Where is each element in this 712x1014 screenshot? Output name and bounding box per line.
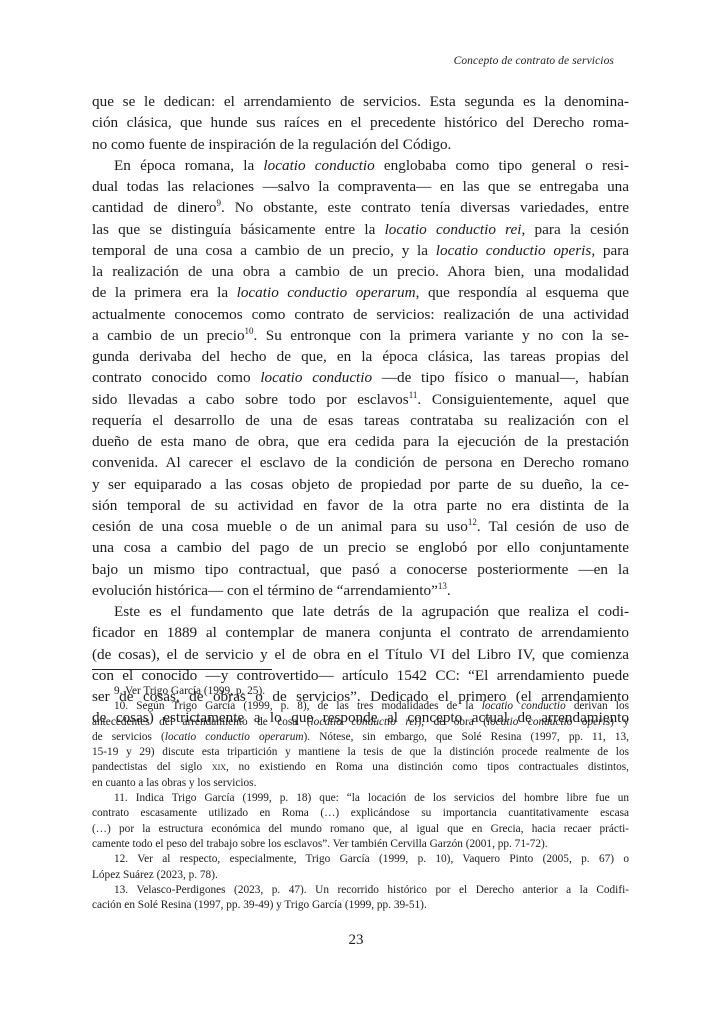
- footnote-line: 15-19 y 29) discute esta tripartición y …: [92, 745, 629, 760]
- text-segment: ), de obra (: [418, 716, 487, 728]
- text-segment: una cosa a cambio del pago de un precio …: [92, 539, 629, 556]
- body-line: cantidad de dinero9. No obstante, este c…: [92, 197, 629, 218]
- text-segment: ción clásica, que hunde sus raíces en el…: [92, 114, 629, 131]
- footnote-line: (…) por la estructura económica del mund…: [92, 822, 629, 837]
- body-line: requería el desarrollo de una de esas ta…: [92, 410, 629, 431]
- text-segment: cantidad de dinero: [92, 199, 216, 216]
- body-line: (de cosas), el de servicio y el de obra …: [92, 644, 629, 665]
- text-segment: derivan los: [566, 700, 629, 712]
- body-line: que se le dedican: el arrendamiento de s…: [92, 91, 629, 112]
- text-segment: englobaba como tipo general o resi-: [375, 157, 629, 174]
- body-line: y ser equiparado a las cosas objeto de p…: [92, 474, 629, 495]
- text-segment: .: [447, 582, 451, 599]
- body-line: sión temporal de su actividad en favor d…: [92, 495, 629, 516]
- text-segment: (…) por la estructura económica del mund…: [92, 823, 629, 835]
- text-segment: las que se distinguía básicamente entre …: [92, 221, 385, 238]
- body-line: sido llevadas a cabo sobre todo por escl…: [92, 389, 629, 410]
- body-line: no como fuente de inspiración de la regu…: [92, 134, 629, 155]
- body-line: dual todas las relaciones —salvo la comp…: [92, 176, 629, 197]
- text-segment: de servicios (: [92, 731, 165, 743]
- text-segment: convenida. Al carecer el esclavo de la c…: [92, 454, 629, 471]
- text-segment: , no existiendo en Roma una distinción c…: [226, 761, 629, 773]
- text-segment: antecedentes del arrendamiento de cosa (: [92, 716, 311, 728]
- text-segment: temporal de una cosa a cambio de un prec…: [92, 242, 436, 259]
- text-segment: , para: [591, 242, 629, 259]
- text-segment: cación en Solé Resina (1997, pp. 39-49) …: [92, 899, 427, 911]
- text-segment: actualmente conocemos como contrato de s…: [92, 306, 629, 323]
- text-segment: En época romana, la: [114, 157, 263, 174]
- text-segment: contrato conocido como: [92, 369, 260, 386]
- italic-term: locatio conductio: [260, 369, 372, 386]
- footnote-line: 9. Ver Trigo García (1999, p. 25).: [92, 684, 629, 699]
- text-segment: gunda derivaba del hecho de que, en la é…: [92, 348, 629, 365]
- italic-term: locatio conductio: [263, 157, 374, 174]
- footnote-line: camente todo el peso del trabajo sobre l…: [92, 837, 629, 852]
- body-text: que se le dedican: el arrendamiento de s…: [92, 91, 629, 729]
- text-segment: sido llevadas a cabo sobre todo por escl…: [92, 391, 409, 408]
- text-segment: . Su entronque con la primera variante y…: [254, 327, 629, 344]
- text-segment: , para la cesión: [521, 221, 628, 238]
- text-segment: 10. Según Trigo García (1999, p. 8), de …: [114, 700, 482, 712]
- body-line: contrato conocido como locatio conductio…: [92, 367, 629, 388]
- footnotes: 9. Ver Trigo García (1999, p. 25).10. Se…: [92, 684, 629, 913]
- text-segment: y ser equiparado a las cosas objeto de p…: [92, 476, 629, 493]
- italic-term: locatio conductio operis: [487, 716, 610, 728]
- footnote-reference: 12: [468, 517, 477, 527]
- text-segment: (de cosas), el de servicio y el de obra …: [92, 646, 629, 663]
- text-segment: cesión de una cosa mueble o de un animal…: [92, 518, 468, 535]
- text-segment: dueño de esta mano de obra, que era cedi…: [92, 433, 629, 450]
- text-segment: . Tal cesión de uso de: [477, 518, 629, 535]
- footnote-reference: 10: [245, 326, 254, 336]
- text-segment: ) y: [610, 716, 629, 728]
- body-line: una cosa a cambio del pago de un precio …: [92, 537, 629, 558]
- text-segment: que se le dedican: el arrendamiento de s…: [92, 93, 629, 110]
- body-line: a cambio de un precio10. Su entronque co…: [92, 325, 629, 346]
- text-segment: sión temporal de su actividad en favor d…: [92, 497, 629, 514]
- body-line: ción clásica, que hunde sus raíces en el…: [92, 112, 629, 133]
- body-line: gunda derivaba del hecho de que, en la é…: [92, 346, 629, 367]
- footnote-line: en cuanto a las obras y los servicios.: [92, 776, 629, 791]
- text-segment: ). Nótese, sin embargo, que Solé Resina …: [304, 731, 629, 743]
- body-line: Este es el fundamento que late detrás de…: [92, 601, 629, 622]
- body-line: En época romana, la locatio conductio en…: [92, 155, 629, 176]
- footnote-line: cación en Solé Resina (1997, pp. 39-49) …: [92, 898, 629, 913]
- text-segment: 12. Ver al respecto, especialmente, Trig…: [114, 853, 629, 865]
- footnote-line: López Suárez (2023, p. 78).: [92, 868, 629, 883]
- body-line: evolución histórica— con el término de “…: [92, 580, 629, 601]
- footnote-line: de servicios (locatio conductio operarum…: [92, 730, 629, 745]
- page-number: 23: [0, 932, 712, 949]
- italic-term: locatio conductio operarum: [237, 284, 416, 301]
- text-segment: bajo un mismo tipo contractual, que pasó…: [92, 561, 629, 578]
- text-segment: contrato escasamente utilizado en Roma (…: [92, 807, 629, 819]
- text-segment: evolución histórica— con el término de “…: [92, 582, 438, 599]
- italic-term: locatio conductio rei: [311, 716, 418, 728]
- text-segment: requería el desarrollo de una de esas ta…: [92, 412, 629, 429]
- body-line: convenida. Al carecer el esclavo de la c…: [92, 452, 629, 473]
- footnote-line: contrato escasamente utilizado en Roma (…: [92, 806, 629, 821]
- text-segment: de la primera era la: [92, 284, 237, 301]
- body-line: dueño de esta mano de obra, que era cedi…: [92, 431, 629, 452]
- running-head: Concepto de contrato de servicios: [454, 55, 614, 67]
- footnote-line: 12. Ver al respecto, especialmente, Trig…: [92, 852, 629, 867]
- text-segment: ficador en 1889 al contemplar de manera …: [92, 624, 629, 641]
- italic-term: locatio conductio operis: [436, 242, 592, 259]
- text-segment: 9. Ver Trigo García (1999, p. 25).: [114, 685, 265, 697]
- body-line: temporal de una cosa a cambio de un prec…: [92, 240, 629, 261]
- footnote-line: 11. Indica Trigo García (1999, p. 18) qu…: [92, 791, 629, 806]
- text-segment: Este es el fundamento que late detrás de…: [114, 603, 629, 620]
- italic-term: locatio conductio rei: [385, 221, 522, 238]
- text-segment: 15-19 y 29) discute esta tripartición y …: [92, 746, 629, 758]
- italic-term: locatio conductio operarum: [165, 731, 304, 743]
- text-segment: no como fuente de inspiración de la regu…: [92, 136, 451, 153]
- body-line: bajo un mismo tipo contractual, que pasó…: [92, 559, 629, 580]
- footnote-separator: [92, 669, 272, 670]
- footnote-line: pandectistas del siglo xix, no existiend…: [92, 760, 629, 775]
- text-segment: —de tipo físico o manual—, habían: [372, 369, 629, 386]
- body-line: con el conocido —y controvertido— artícu…: [92, 665, 629, 686]
- text-segment: a cambio de un precio: [92, 327, 245, 344]
- italic-term: locatio conductio: [482, 700, 566, 712]
- text-segment: pandectistas del siglo: [92, 761, 212, 773]
- text-segment: . Consiguientemente, aquel que: [417, 391, 629, 408]
- body-line: cesión de una cosa mueble o de un animal…: [92, 516, 629, 537]
- footnote-line: 13. Velasco-Perdigones (2023, p. 47). Un…: [92, 883, 629, 898]
- text-segment: en cuanto a las obras y los servicios.: [92, 777, 256, 789]
- footnote-reference: 13: [438, 581, 447, 591]
- text-segment: camente todo el peso del trabajo sobre l…: [92, 838, 548, 850]
- text-segment: , que respondía al esquema que: [416, 284, 629, 301]
- body-line: la realización de una obra a cambio de u…: [92, 261, 629, 282]
- footnote-line: 10. Según Trigo García (1999, p. 8), de …: [92, 699, 629, 714]
- text-segment: dual todas las relaciones —salvo la comp…: [92, 178, 629, 195]
- text-segment: 11. Indica Trigo García (1999, p. 18) qu…: [114, 792, 629, 804]
- body-line: ficador en 1889 al contemplar de manera …: [92, 622, 629, 643]
- body-line: de la primera era la locatio conductio o…: [92, 282, 629, 303]
- text-segment: . No obstante, este contrato tenía diver…: [221, 199, 629, 216]
- text-segment: López Suárez (2023, p. 78).: [92, 869, 218, 881]
- body-line: actualmente conocemos como contrato de s…: [92, 304, 629, 325]
- smallcaps-text: xix: [212, 761, 226, 773]
- text-segment: 13. Velasco-Perdigones (2023, p. 47). Un…: [114, 884, 629, 896]
- footnote-line: antecedentes del arrendamiento de cosa (…: [92, 715, 629, 730]
- text-segment: la realización de una obra a cambio de u…: [92, 263, 629, 280]
- body-line: las que se distinguía básicamente entre …: [92, 219, 629, 240]
